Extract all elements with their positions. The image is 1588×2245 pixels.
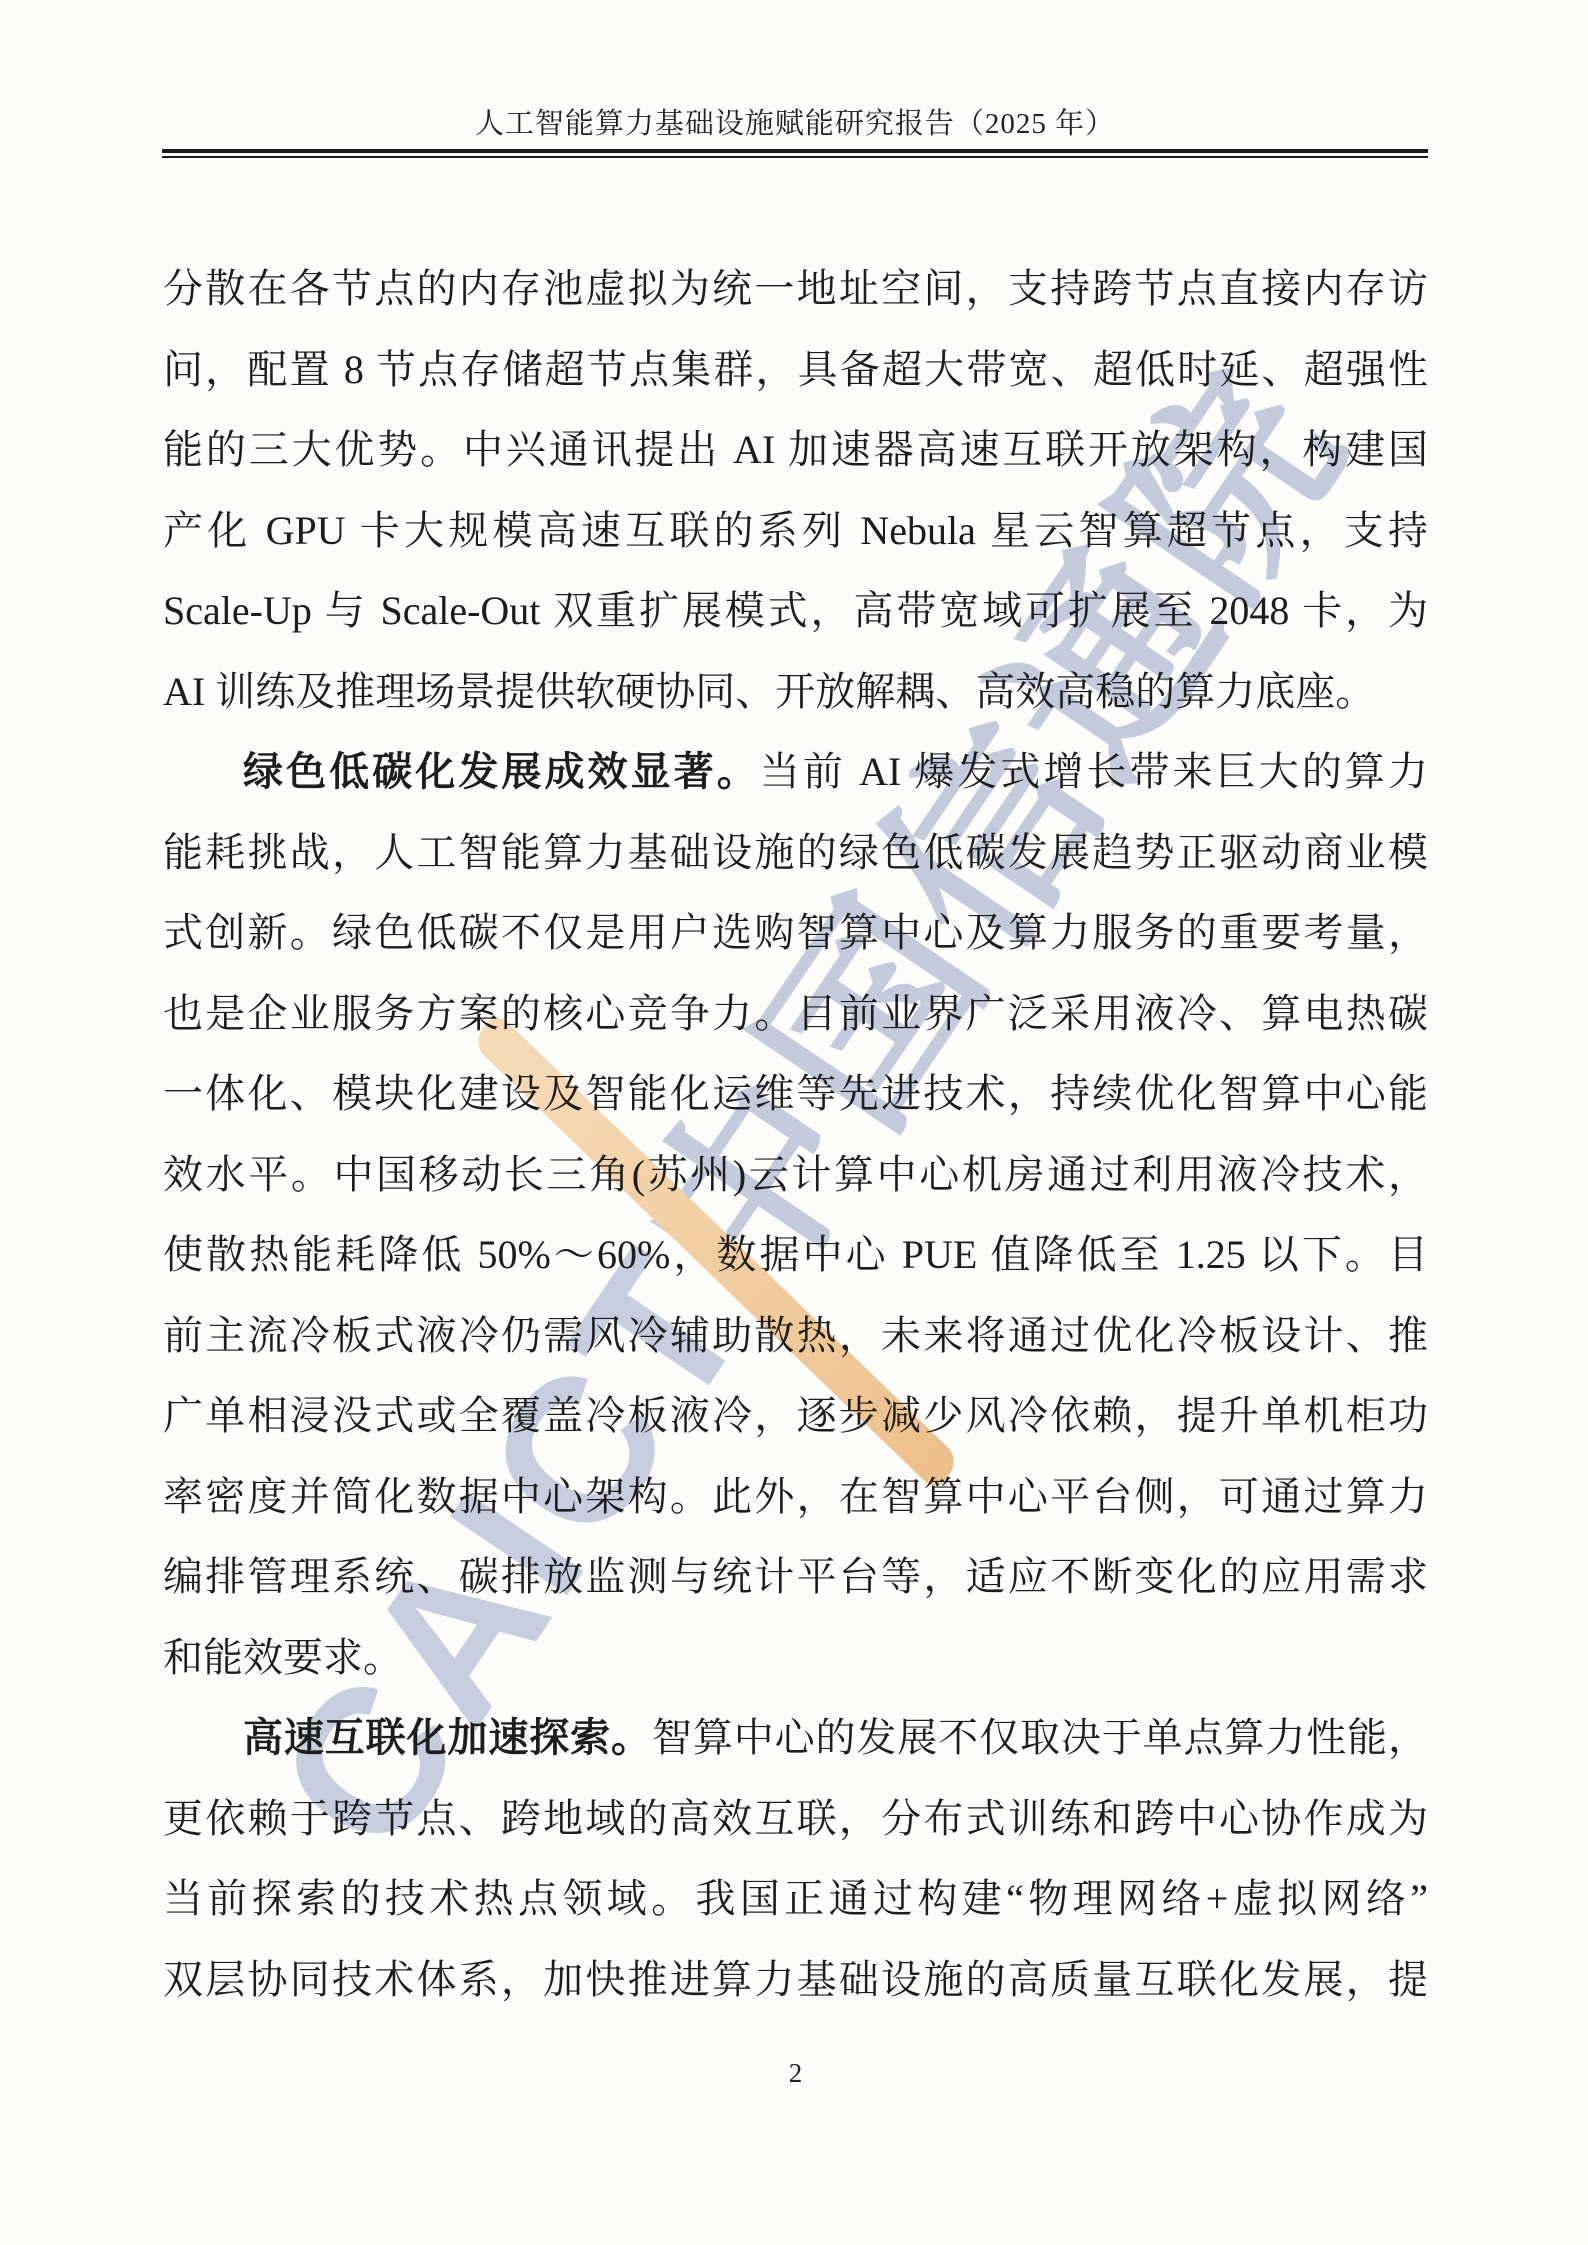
report-page: CAICT中国信通院 人工智能算力基础设施赋能研究报告（2025 年） 分散在各… <box>0 0 1588 2245</box>
paragraph-text: 能耗挑战，人工智能算力基础设施的绿色低碳发展趋势正驱动商业模 <box>163 830 1428 875</box>
paragraph-text: 当前 AI 爆发式增长带来巨大的算力 <box>760 749 1428 794</box>
text-line: 和能效要求。 <box>163 1618 1428 1699</box>
text-line: AI 训练及推理场景提供软硬协同、开放解耦、高效高稳的算力底座。 <box>163 652 1428 733</box>
text-line: 当前探索的技术热点领域。我国正通过构建“物理网络+虚拟网络” <box>163 1859 1428 1940</box>
paragraph-text: 一体化、模块化建设及智能化运维等先进技术，持续优化智算中心能 <box>163 1071 1428 1116</box>
text-line: 使散热能耗降低 50%～60%，数据中心 PUE 值降低至 1.25 以下。目 <box>163 1215 1428 1296</box>
text-line: 双层协同技术体系，加快推进算力基础设施的高质量互联化发展，提 <box>163 1940 1428 2021</box>
text-line: 广单相浸没式或全覆盖冷板液冷，逐步减少风冷依赖，提升单机柜功 <box>163 1376 1428 1457</box>
paragraph-text: 式创新。绿色低碳不仅是用户选购智算中心及算力服务的重要考量， <box>163 910 1428 955</box>
paragraph-text: 双层协同技术体系，加快推进算力基础设施的高质量互联化发展，提 <box>163 1957 1428 2002</box>
text-line: 也是企业服务方案的核心竞争力。目前业界广泛采用液冷、算电热碳 <box>163 974 1428 1055</box>
text-line: 高速互联化加速探索。智算中心的发展不仅取决于单点算力性能， <box>163 1698 1428 1779</box>
paragraph-text: 更依赖于跨节点、跨地域的高效互联，分布式训练和跨中心协作成为 <box>163 1796 1428 1841</box>
paragraph-text: 产化 GPU 卡大规模高速互联的系列 Nebula 星云智算超节点，支持 <box>163 508 1428 553</box>
paragraph-lead-bold: 高速互联化加速探索。 <box>243 1716 652 1760</box>
text-line: Scale-Up 与 Scale-Out 双重扩展模式，高带宽域可扩展至 204… <box>163 571 1428 652</box>
text-line: 式创新。绿色低碳不仅是用户选购智算中心及算力服务的重要考量， <box>163 893 1428 974</box>
paragraph-text: 智算中心的发展不仅取决于单点算力性能， <box>652 1715 1428 1760</box>
paragraph-text: 前主流冷板式液冷仍需风冷辅助散热，未来将通过优化冷板设计、推 <box>163 1313 1428 1358</box>
text-line: 前主流冷板式液冷仍需风冷辅助散热，未来将通过优化冷板设计、推 <box>163 1296 1428 1377</box>
text-line: 绿色低碳化发展成效显著。当前 AI 爆发式增长带来巨大的算力 <box>163 732 1428 813</box>
report-title: 人工智能算力基础设施赋能研究报告（2025 年） <box>162 101 1428 142</box>
paragraph-text: 效水平。中国移动长三角(苏州)云计算中心机房通过利用液冷技术， <box>163 1152 1428 1197</box>
text-line: 分散在各节点的内存池虚拟为统一地址空间，支持跨节点直接内存访 <box>163 249 1428 330</box>
paragraph-text: 也是企业服务方案的核心竞争力。目前业界广泛采用液冷、算电热碳 <box>163 991 1428 1036</box>
paragraph-text: 编排管理系统、碳排放监测与统计平台等，适应不断变化的应用需求 <box>163 1554 1428 1599</box>
text-line: 问，配置 8 节点存储超节点集群，具备超大带宽、超低时延、超强性 <box>163 330 1428 411</box>
paragraph-text: 问，配置 8 节点存储超节点集群，具备超大带宽、超低时延、超强性 <box>163 347 1428 392</box>
text-line: 更依赖于跨节点、跨地域的高效互联，分布式训练和跨中心协作成为 <box>163 1779 1428 1860</box>
paragraph-text: 能的三大优势。中兴通讯提出 AI 加速器高速互联开放架构，构建国 <box>163 427 1428 472</box>
text-line: 编排管理系统、碳排放监测与统计平台等，适应不断变化的应用需求 <box>163 1537 1428 1618</box>
paragraph-text: 使散热能耗降低 50%～60%，数据中心 PUE 值降低至 1.25 以下。目 <box>163 1232 1428 1277</box>
page-number: 2 <box>163 2058 1428 2089</box>
paragraph-text: AI 训练及推理场景提供软硬协同、开放解耦、高效高稳的算力底座。 <box>163 669 1375 714</box>
paragraph-text: 率密度并简化数据中心架构。此外，在智算中心平台侧，可通过算力 <box>163 1474 1428 1519</box>
text-line: 效水平。中国移动长三角(苏州)云计算中心机房通过利用液冷技术， <box>163 1135 1428 1216</box>
header-divider <box>162 149 1428 158</box>
paragraph-text: 当前探索的技术热点领域。我国正通过构建“物理网络+虚拟网络” <box>163 1876 1428 1921</box>
text-line: 率密度并简化数据中心架构。此外，在智算中心平台侧，可通过算力 <box>163 1457 1428 1538</box>
paragraph-text: 分散在各节点的内存池虚拟为统一地址空间，支持跨节点直接内存访 <box>163 266 1428 311</box>
paragraph-text: 和能效要求。 <box>163 1635 403 1680</box>
paragraph-text: 广单相浸没式或全覆盖冷板液冷，逐步减少风冷依赖，提升单机柜功 <box>163 1393 1428 1438</box>
text-line: 产化 GPU 卡大规模高速互联的系列 Nebula 星云智算超节点，支持 <box>163 491 1428 572</box>
body-text: 分散在各节点的内存池虚拟为统一地址空间，支持跨节点直接内存访问，配置 8 节点存… <box>163 249 1428 2020</box>
paragraph-text: Scale-Up 与 Scale-Out 双重扩展模式，高带宽域可扩展至 204… <box>163 588 1428 633</box>
page-header: 人工智能算力基础设施赋能研究报告（2025 年） <box>162 101 1428 158</box>
text-line: 一体化、模块化建设及智能化运维等先进技术，持续优化智算中心能 <box>163 1054 1428 1135</box>
text-line: 能耗挑战，人工智能算力基础设施的绿色低碳发展趋势正驱动商业模 <box>163 813 1428 894</box>
paragraph-lead-bold: 绿色低碳化发展成效显著。 <box>243 750 760 794</box>
text-line: 能的三大优势。中兴通讯提出 AI 加速器高速互联开放架构，构建国 <box>163 410 1428 491</box>
